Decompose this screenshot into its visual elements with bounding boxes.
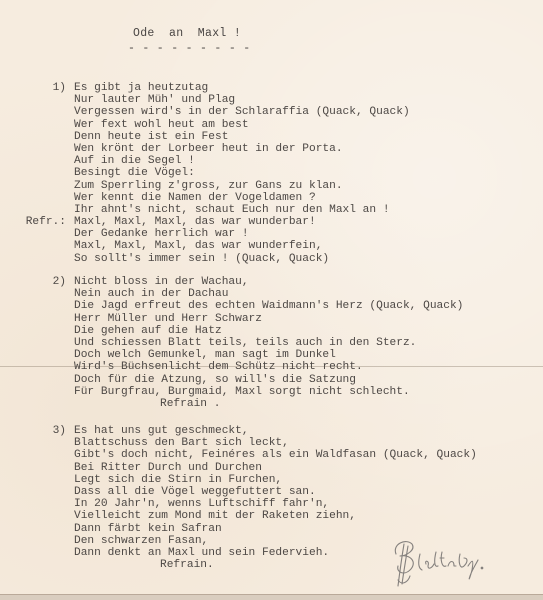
stanza-number: 2) <box>0 276 70 288</box>
refrain-label: Refr.: <box>0 216 70 228</box>
refrain-line: Refrain . <box>0 398 543 410</box>
verse-text: Ihr ahnt's nicht, schaut Euch nur den Ma… <box>74 204 390 216</box>
verse-line: Vielleicht zum Mond mit der Raketen zieh… <box>0 510 543 522</box>
verse-line: Die Jagd erfreut des echten Waidmann's H… <box>0 300 543 312</box>
verse-line: Ihr ahnt's nicht, schaut Euch nur den Ma… <box>0 204 543 216</box>
verse-text: Für Burgfrau, Burgmaid, Maxl sorgt nicht… <box>74 386 410 398</box>
refrain-line: Der Gedanke herrlich war ! <box>0 228 543 240</box>
verse-line: Auf in die Segel ! <box>0 155 543 167</box>
verse-text: Zum Sperrling z'gross, zur Gans zu klan. <box>74 180 343 192</box>
verse-text: Herr Müller und Herr Schwarz <box>74 313 262 325</box>
verse-text: Denn heute ist ein Fest <box>74 131 228 143</box>
verse-line: Bei Ritter Durch und Durchen <box>0 462 543 474</box>
verse-text: Besingt die Vögel: <box>74 167 195 179</box>
verse-text: Bei Ritter Durch und Durchen <box>74 462 262 474</box>
verse-line: Nur lauter Müh' und Plag <box>0 94 543 106</box>
verse-line: Herr Müller und Herr Schwarz <box>0 313 543 325</box>
stanza-number: 3) <box>0 425 70 437</box>
title-underline: - - - - - - - - - <box>128 42 250 55</box>
handwritten-signature <box>388 536 508 592</box>
verse-line: Denn heute ist ein Fest <box>0 131 543 143</box>
verse-line: Zum Sperrling z'gross, zur Gans zu klan. <box>0 180 543 192</box>
verse-text: Dann färbt kein Safran <box>74 523 222 535</box>
refrain-line: Maxl, Maxl, Maxl, das war wunderfein, <box>0 240 543 252</box>
document-title: Ode an Maxl ! <box>133 27 241 40</box>
verse-line: Besingt die Vögel: <box>0 167 543 179</box>
verse-line: Doch für die Atzung, so will's die Satzu… <box>0 374 543 386</box>
verse-text: Nur lauter Müh' und Plag <box>74 94 235 106</box>
verse-text: Wird's Büchsenlicht dem Schütz nicht rec… <box>74 361 363 373</box>
refrain-marker: Refrain. <box>160 559 214 571</box>
verse-line: Die gehen auf die Hatz <box>0 325 543 337</box>
verse-text: Vielleicht zum Mond mit der Raketen zieh… <box>74 510 356 522</box>
verse-text: Wer kennt die Namen der Vogeldamen ? <box>74 192 316 204</box>
verse-text: Wen krönt der Lorbeer heut in der Porta. <box>74 143 343 155</box>
verse-line: Wer fext wohl heut am best <box>0 119 543 131</box>
refrain-marker: Refrain . <box>160 398 220 410</box>
verse-text: Legt sich die Stirn in Furchen, <box>74 474 282 486</box>
verse-line: Dann färbt kein Safran <box>0 523 543 535</box>
verse-line: Dass all die Vögel weggefuttert san. <box>0 486 543 498</box>
refrain-text: Maxl, Maxl, Maxl, das war wunderfein, <box>74 240 322 252</box>
verse-line: Und schiessen Blatt teils, teils auch in… <box>0 337 543 349</box>
stanza-2: 2)Nicht bloss in der Wachau,Nein auch in… <box>0 276 543 410</box>
refrain-line: So sollt's immer sein ! (Quack, Quack) <box>0 253 543 265</box>
verse-line: Legt sich die Stirn in Furchen, <box>0 474 543 486</box>
verse-text: Wer fext wohl heut am best <box>74 119 249 131</box>
refrain-text: Der Gedanke herrlich war ! <box>74 228 249 240</box>
verse-text: Vergessen wird's in der Schlaraffia (Qua… <box>74 106 410 118</box>
verse-text: Und schiessen Blatt teils, teils auch in… <box>74 337 416 349</box>
paper-bottom-edge <box>0 594 543 600</box>
verse-text: Den schwarzen Fasan, <box>74 535 208 547</box>
verse-text: Auf in die Segel ! <box>74 155 195 167</box>
refrain-line: Refr.:Maxl, Maxl, Maxl, das war wunderba… <box>0 216 543 228</box>
verse-text: Nicht bloss in der Wachau, <box>74 276 249 288</box>
verse-text: Dann denkt an Maxl und sein Federvieh. <box>74 547 329 559</box>
verse-text: Gibt's doch nicht, Feinéres als ein Wald… <box>74 449 477 461</box>
verse-line: Doch welch Gemunkel, man sagt im Dunkel <box>0 349 543 361</box>
verse-text: Blattschuss den Bart sich leckt, <box>74 437 289 449</box>
verse-text: Doch für die Atzung, so will's die Satzu… <box>74 374 356 386</box>
verse-line: 3)Es hat uns gut geschmeckt, <box>0 425 543 437</box>
verse-text: Nein auch in der Dachau <box>74 288 228 300</box>
verse-line: Wen krönt der Lorbeer heut in der Porta. <box>0 143 543 155</box>
verse-text: Dass all die Vögel weggefuttert san. <box>74 486 316 498</box>
verse-text: Es gibt ja heutzutag <box>74 82 208 94</box>
verse-text: Doch welch Gemunkel, man sagt im Dunkel <box>74 349 336 361</box>
verse-line: 2)Nicht bloss in der Wachau, <box>0 276 543 288</box>
verse-line: 1)Es gibt ja heutzutag <box>0 82 543 94</box>
verse-text: In 20 Jahr'n, wenns Luftschiff fahr'n, <box>74 498 329 510</box>
verse-text: Es hat uns gut geschmeckt, <box>74 425 249 437</box>
refrain-text: So sollt's immer sein ! (Quack, Quack) <box>74 253 329 265</box>
verse-line: Blattschuss den Bart sich leckt, <box>0 437 543 449</box>
verse-line: Wird's Büchsenlicht dem Schütz nicht rec… <box>0 361 543 373</box>
stanza-number: 1) <box>0 82 70 94</box>
verse-line: Nein auch in der Dachau <box>0 288 543 300</box>
verse-text: Die Jagd erfreut des echten Waidmann's H… <box>74 300 463 312</box>
refrain-text: Maxl, Maxl, Maxl, das war wunderbar! <box>74 216 316 228</box>
verse-line: Wer kennt die Namen der Vogeldamen ? <box>0 192 543 204</box>
verse-line: In 20 Jahr'n, wenns Luftschiff fahr'n, <box>0 498 543 510</box>
verse-line: Für Burgfrau, Burgmaid, Maxl sorgt nicht… <box>0 386 543 398</box>
verse-line: Vergessen wird's in der Schlaraffia (Qua… <box>0 106 543 118</box>
verse-text: Die gehen auf die Hatz <box>74 325 222 337</box>
stanza-1: 1)Es gibt ja heutzutagNur lauter Müh' un… <box>0 82 543 265</box>
verse-line: Gibt's doch nicht, Feinéres als ein Wald… <box>0 449 543 461</box>
